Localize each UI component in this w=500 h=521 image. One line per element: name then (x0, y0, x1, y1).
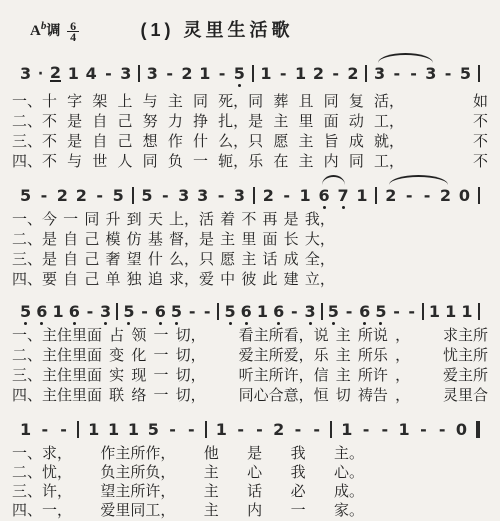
duration-dash: - (407, 304, 417, 320)
note: 2 (181, 66, 192, 82)
duration-dash: - (187, 304, 197, 320)
duration-dash: - (361, 422, 371, 438)
lyric-line: 三、主住里面 实 现 一 切，听主所许，信 主 所许 ，爱主所 (12, 366, 488, 386)
lyric-cell: 爱主所 (443, 366, 488, 386)
music-line-1: 3·214-33-21-51-12-23--3-5 (12, 52, 488, 86)
note: 3 (100, 304, 111, 320)
lyric-cell: 二、忧， (12, 463, 72, 482)
barline (252, 65, 254, 82)
note: 2 (273, 422, 284, 438)
duration-dash: - (85, 304, 95, 320)
music-line-4: 1--1115--1--2--1--1--0 (12, 408, 488, 442)
note: 5 (224, 304, 235, 320)
lyric-cell: 主 (204, 463, 219, 482)
hymn-sheet-page: Ab调 6 4 (1) 灵里生活歌 3·214-33-21-51-12-23--… (0, 0, 500, 520)
duration-dash: - (409, 66, 419, 82)
lyric-cell: 一、今 一 同 升 到 天 上，活 着 不 再 是 我， (12, 210, 335, 230)
note: 6 (36, 304, 47, 320)
note: 1 (216, 422, 227, 438)
rest-note: 0 (456, 422, 467, 438)
lyric-cell: 爱里同工， (100, 501, 175, 520)
duration-dash: - (216, 188, 226, 204)
lyric-cell: 不 (473, 152, 488, 172)
note: 1 (257, 304, 268, 320)
note: 6 (241, 304, 252, 320)
note: 1 (295, 66, 306, 82)
lyric-cell: 三、是 自 己 奢 望 什 么，只 愿 主 话 成 全， (12, 250, 335, 270)
lyric-cell: 主 (204, 501, 219, 520)
note: 3 (120, 66, 131, 82)
duration-dash: - (217, 66, 227, 82)
lyric-line: 四、要 自 己 单 独 追 求，爱 中 彼 此 建 立， (12, 270, 344, 290)
lyric-cell: 作主所作， (100, 444, 175, 463)
lyric-cell: 负主所负， (100, 463, 175, 482)
note: 5 (141, 188, 152, 204)
lyric-block-3: 一、主住里面 占 领 一 切，看主所看，说 主 所说 ，求主所二、主住里面 变 … (12, 326, 488, 406)
duration-dash: - (344, 304, 354, 320)
lyric-line: 四、一，爱里同工，主内一家。 (12, 501, 364, 520)
note: 1 (199, 66, 210, 82)
lyric-cell: 忧主所 (443, 346, 488, 366)
note: 1 (429, 304, 440, 320)
lyric-cell: 听主所许，信 主 所许 ， (239, 366, 411, 386)
note: 1 (108, 422, 119, 438)
note: 6 (69, 304, 80, 320)
lyric-cell: 二、不 是 自 己 努 力 挣 扎，是 主 里 面 动 工， (12, 112, 404, 132)
note: 5 (328, 304, 339, 320)
duration-dash: - (380, 422, 390, 438)
lyric-cell: 主 (204, 482, 219, 501)
lyric-cell: 如 (473, 92, 488, 112)
note: 2 (263, 188, 274, 204)
sheet-header: Ab调 6 4 (1) 灵里生活歌 (12, 12, 488, 50)
final-barline (476, 421, 480, 438)
lyric-line: 三、不 是 自 己 想 作 什 么，只 愿 主 旨 成 就，不 (12, 132, 488, 152)
duration-dash: - (39, 188, 49, 204)
duration-dash: - (165, 66, 175, 82)
lyric-cell: 三、不 是 自 己 想 作 什 么，只 愿 主 旨 成 就， (12, 132, 404, 152)
lyric-cell: 心。 (334, 463, 364, 482)
note: 3 (304, 304, 315, 320)
barline (77, 421, 79, 438)
barline (478, 65, 480, 82)
lyric-cell: 望主所许， (100, 482, 175, 501)
duration-dash: - (437, 422, 447, 438)
duration-dash: - (331, 66, 341, 82)
lyric-cell: 话 (247, 482, 262, 501)
lyric-line: 一、求，作主所作，他是我主。 (12, 444, 364, 463)
note: 3 (197, 188, 208, 204)
lyric-cell: 三、主住里面 实 现 一 切， (12, 366, 206, 386)
barline (138, 65, 140, 82)
note: 1 (341, 422, 352, 438)
barline (205, 421, 207, 438)
duration-dash: - (186, 422, 196, 438)
tie-slur-arc (378, 53, 433, 63)
duration-dash: - (392, 66, 402, 82)
note: 1 (20, 422, 31, 438)
note: 5 (20, 304, 31, 320)
lyric-cell: 主。 (334, 444, 364, 463)
lyric-cell: 一 (291, 501, 306, 520)
duration-dash: - (293, 422, 303, 438)
note: 2 (313, 66, 324, 82)
note: 1 (300, 188, 311, 204)
barline (217, 303, 219, 320)
lyric-line: 四、不 与 世 人 同 负 一 轭，乐 在 主 内 同 工，不 (12, 152, 488, 172)
barline (478, 303, 480, 320)
lyric-cell: 他 (204, 444, 219, 463)
lyric-cell: 看主所看，说 主 所说 ， (239, 326, 411, 346)
duration-dash: - (278, 66, 288, 82)
duration-dash: - (289, 304, 299, 320)
lyric-cell: 二、主住里面 变 化 一 切， (12, 346, 206, 366)
lyric-cell: 我 (291, 463, 306, 482)
duration-dash: - (236, 422, 246, 438)
note: 1 (88, 422, 99, 438)
note: 6 (155, 304, 166, 320)
barline (365, 65, 367, 82)
duration-dash: - (282, 188, 292, 204)
note: 5 (460, 66, 471, 82)
note: 2 (57, 188, 68, 204)
lyric-cell: 一、求， (12, 444, 72, 463)
lyric-line: 一、主住里面 占 领 一 切，看主所看，说 主 所说 ，求主所 (12, 326, 488, 346)
lyric-line: 一、十 字 架 上 与 主 同 死，同 葬 且 同 复 活，如 (12, 92, 488, 112)
note: 3 (374, 66, 385, 82)
duration-dash: - (418, 422, 428, 438)
page-title: (1) 灵里生活歌 (0, 12, 455, 42)
music-line-2: 5-22-55-33-32-16712--20 (12, 174, 488, 208)
lyric-line: 二、是 自 己 模 仿 基 督，是 主 里 面 长 大， (12, 230, 344, 250)
note: 5 (234, 66, 245, 82)
note: 1 (52, 304, 63, 320)
note: 6 (273, 304, 284, 320)
tie-slur-arc (389, 175, 448, 185)
lyric-cell: 四、主住里面 联 络 一 切， (12, 386, 206, 406)
note: 2 (385, 188, 396, 204)
augmentation-dot: · (38, 66, 43, 82)
lyric-line: 二、不 是 自 己 努 力 挣 扎，是 主 里 面 动 工，不 (12, 112, 488, 132)
lyric-cell: 四、要 自 己 单 独 追 求，爱 中 彼 此 建 立， (12, 270, 335, 290)
duration-dash: - (40, 422, 50, 438)
duration-dash: - (140, 304, 150, 320)
note: 1 (68, 66, 79, 82)
lyric-cell: 四、不 与 世 人 同 负 一 轭，乐 在 主 内 同 工， (12, 152, 404, 172)
note: 3 (20, 66, 31, 82)
lyric-cell: 灵里合 (443, 386, 488, 406)
note: 2 (347, 66, 358, 82)
lyric-cell: 一、主住里面 占 领 一 切， (12, 326, 206, 346)
note: 3 (147, 66, 158, 82)
barline (375, 187, 377, 204)
duration-dash: - (160, 188, 170, 204)
rest-note: 0 (459, 188, 470, 204)
lyric-cell: 内 (247, 501, 262, 520)
note: 1 (445, 304, 456, 320)
note: 2 (440, 188, 451, 204)
note: 3 (234, 188, 245, 204)
note: 4 (86, 66, 97, 82)
note: 7 (337, 188, 348, 204)
note: 2 (50, 66, 61, 82)
note: 1 (399, 422, 410, 438)
lyric-cell: 心 (247, 463, 262, 482)
lyric-cell: 二、是 自 己 模 仿 基 督，是 主 里 面 长 大， (12, 230, 335, 250)
lyric-block-1: 一、十 字 架 上 与 主 同 死，同 葬 且 同 复 活，如二、不 是 自 己… (12, 92, 488, 172)
note: 5 (113, 188, 124, 204)
barline (253, 187, 255, 204)
barline (330, 421, 332, 438)
lyric-cell: 不 (473, 112, 488, 132)
lyric-cell: 一、十 字 架 上 与 主 同 死，同 葬 且 同 复 活， (12, 92, 404, 112)
note: 5 (123, 304, 134, 320)
note: 1 (128, 422, 139, 438)
note: 1 (461, 304, 472, 320)
lyric-cell: 三、许， (12, 482, 72, 501)
lyric-cell: 家。 (334, 501, 364, 520)
lyric-cell: 成。 (334, 482, 364, 501)
note: 1 (260, 66, 271, 82)
lyric-cell: 同心合意，恒 切 祷告 ， (239, 386, 411, 406)
lyric-block-2: 一、今 一 同 升 到 天 上，活 着 不 再 是 我，二、是 自 己 模 仿 … (12, 210, 488, 290)
lyric-cell: 我 (291, 444, 306, 463)
note: 2 (76, 188, 87, 204)
note: 5 (148, 422, 159, 438)
note: 3 (425, 66, 436, 82)
lyric-block-4: 一、求，作主所作，他是我主。二、忧，负主所负，主心我心。三、许，望主所许，主话必… (12, 444, 488, 520)
lyric-line: 二、主住里面 变 化 一 切，爱主所爱，乐 主 所乐 ，忧主所 (12, 346, 488, 366)
lyric-line: 一、今 一 同 升 到 天 上，活 着 不 再 是 我， (12, 210, 344, 230)
lyric-cell: 爱主所爱，乐 主 所乐 ， (239, 346, 411, 366)
lyric-cell: 是 (247, 444, 262, 463)
lyric-line: 二、忧，负主所负，主心我心。 (12, 463, 364, 482)
barline (422, 303, 424, 320)
barline (116, 303, 118, 320)
duration-dash: - (404, 188, 414, 204)
duration-dash: - (95, 188, 105, 204)
barline (132, 187, 134, 204)
barline (321, 303, 323, 320)
lyric-cell: 必 (291, 482, 306, 501)
duration-dash: - (312, 422, 322, 438)
duration-dash: - (103, 66, 113, 82)
duration-dash: - (254, 422, 264, 438)
duration-dash: - (59, 422, 69, 438)
duration-dash: - (443, 66, 453, 82)
tie-slur-arc (322, 175, 345, 185)
note: 3 (178, 188, 189, 204)
duration-dash: - (392, 304, 402, 320)
note: 6 (359, 304, 370, 320)
duration-dash: - (422, 188, 432, 204)
lyric-cell: 四、一， (12, 501, 72, 520)
lyric-line: 三、是 自 己 奢 望 什 么，只 愿 主 话 成 全， (12, 250, 344, 270)
lyric-line: 三、许，望主所许，主话必成。 (12, 482, 364, 501)
note: 6 (318, 188, 329, 204)
duration-dash: - (168, 422, 178, 438)
duration-dash: - (202, 304, 212, 320)
note: 1 (356, 188, 367, 204)
note: 5 (171, 304, 182, 320)
barline (478, 187, 480, 204)
lyric-cell: 求主所 (443, 326, 488, 346)
lyric-cell: 不 (473, 132, 488, 152)
music-line-3: 5616-35-65--5616-35-65--111 (12, 290, 488, 324)
lyric-line: 四、主住里面 联 络 一 切，同心合意，恒 切 祷告 ，灵里合 (12, 386, 488, 406)
note: 5 (20, 188, 31, 204)
note: 5 (375, 304, 386, 320)
